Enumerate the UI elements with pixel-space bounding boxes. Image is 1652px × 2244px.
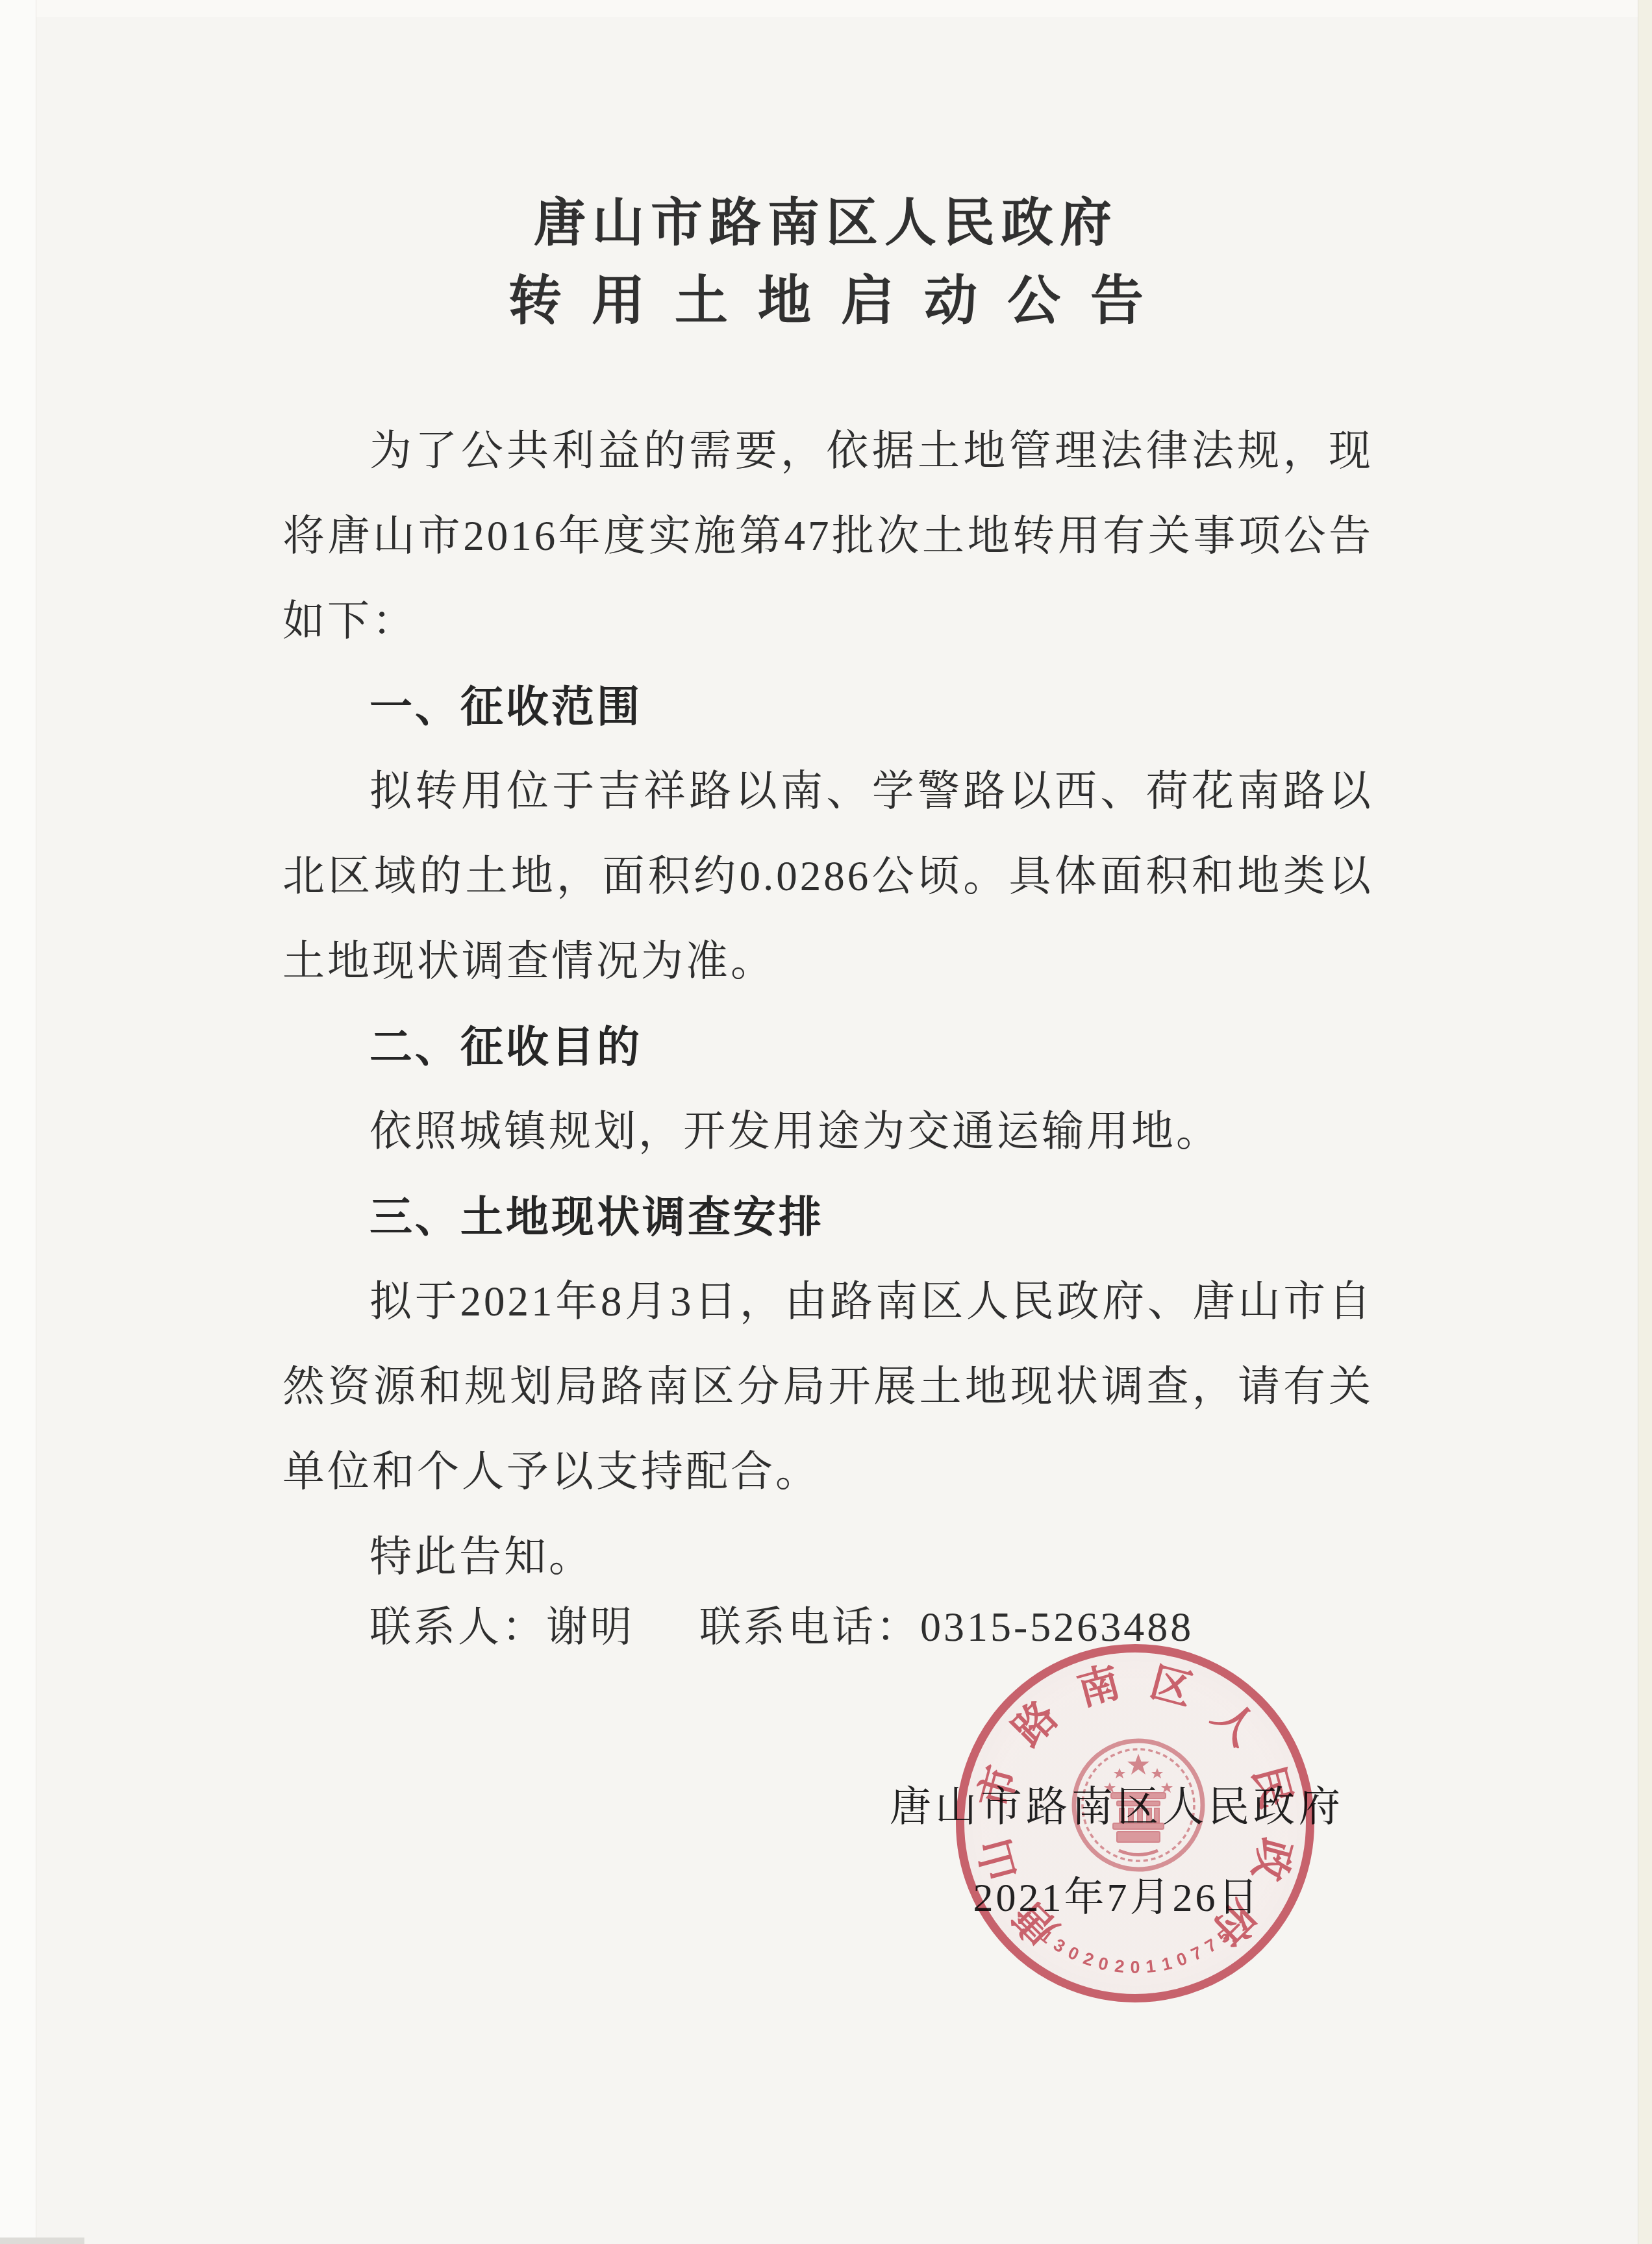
contact-person-label: 联系人： (369, 1604, 546, 1650)
seal-serial-digit: 0 (1130, 1959, 1140, 1976)
contact-phone-number: 0315-5263488 (920, 1604, 1194, 1650)
scan-edge-top (0, 0, 1652, 17)
scanned-announcement-page: 唐山市路南区人民政府 转用土地启动公告 为了公共利益的需要，依据土地管理法律法规… (0, 0, 1652, 2244)
section-heading-2: 二、征收目的 (282, 1004, 1373, 1090)
contact-person-name: 谢明 (546, 1604, 634, 1650)
contact-phone-label: 联系电话： (699, 1604, 920, 1650)
scan-edge-left (0, 0, 36, 2244)
document-body: 为了公共利益的需要，依据土地管理法律法规，现将唐山市2016年度实施第47批次土… (282, 409, 1373, 1600)
section-body-2: 依照城镇规划，开发用途为交通运输用地。 (282, 1090, 1373, 1175)
intro-paragraph: 为了公共利益的需要，依据土地管理法律法规，现将唐山市2016年度实施第47批次土… (282, 409, 1373, 664)
section-body-3: 拟于2021年8月3日，由路南区人民政府、唐山市自然资源和规划局路南区分局开展土… (282, 1260, 1373, 1515)
seal-serial-digit: 2 (1114, 1957, 1125, 1975)
section-heading-1: 一、征收范围 (282, 664, 1373, 749)
national-emblem-icon (1064, 1730, 1213, 1880)
official-seal: 唐山市路南区人民政府1302020110775 (956, 1644, 1314, 2002)
section-heading-3: 三、土地现状调查安排 (282, 1175, 1373, 1260)
scan-edge-bottom-corner (0, 2238, 84, 2244)
scan-edge-right (1638, 0, 1652, 2244)
section-body-1: 拟转用位于吉祥路以南、学警路以西、荷花南路以北区域的土地，面积约0.0286公顷… (282, 749, 1373, 1004)
document-title-line1: 唐山市路南区人民政府 (0, 181, 1652, 255)
document-title-line2: 转用土地启动公告 (0, 258, 1652, 334)
